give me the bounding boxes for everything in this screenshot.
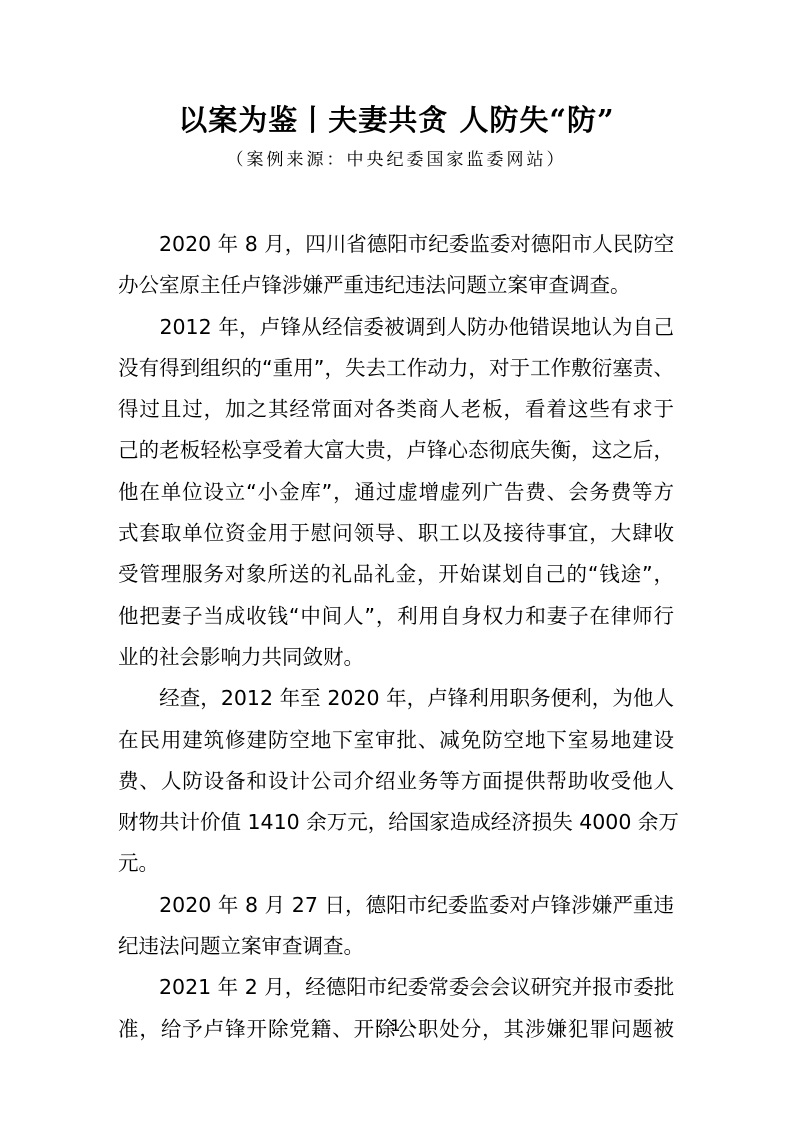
text-line: 2020 年 8 月 27 日，德阳市纪委监委对卢锋涉嫌严重违 [118, 885, 674, 926]
text-line: 2020 年 8 月，四川省德阳市纪委监委对德阳市人民防空 [118, 224, 674, 265]
paragraph-5: 2021 年 2 月，经德阳市纪委常委会会议研究并报市委批 准，给予卢锋开除党籍… [118, 967, 674, 1050]
text-line: 己的老板轻松享受着大富大贵，卢锋心态彻底失衡，这之后， [118, 430, 674, 471]
text-line: 在民用建筑修建防空地下室审批、减免防空地下室易地建设 [118, 720, 674, 761]
text-line: 2012 年，卢锋从经信委被调到人防办他错误地认为自己 [118, 307, 674, 348]
document-title: 以案为鉴丨夫妻共贪 人防失“防” [0, 100, 793, 140]
text-line: 费、人防设备和设计公司介绍业务等方面提供帮助收受他人 [118, 761, 674, 802]
text-line: 他在单位设立“小金库”，通过虚增虚列广告费、会务费等方 [118, 472, 674, 513]
paragraph-4: 2020 年 8 月 27 日，德阳市纪委监委对卢锋涉嫌严重违 纪违法问题立案审… [118, 885, 674, 968]
text-line: 元。 [118, 843, 674, 884]
text-line: 式套取单位资金用于慰问领导、职工以及接待事宜，大肆收 [118, 513, 674, 554]
page-number: - 1 - [0, 1016, 793, 1035]
text-line: 纪违法问题立案审查调查。 [118, 926, 674, 967]
case-source: （案例来源：中央纪委国家监委网站） [0, 147, 793, 173]
paragraph-1: 2020 年 8 月，四川省德阳市纪委监委对德阳市人民防空 办公室原主任卢锋涉嫌… [118, 224, 674, 307]
document-body: 2020 年 8 月，四川省德阳市纪委监委对德阳市人民防空 办公室原主任卢锋涉嫌… [118, 224, 674, 1050]
text-line: 财物共计价值 1410 余万元，给国家造成经济损失 4000 余万 [118, 802, 674, 843]
text-line: 业的社会影响力共同敛财。 [118, 637, 674, 678]
text-line: 经查，2012 年至 2020 年，卢锋利用职务便利，为他人 [118, 678, 674, 719]
text-line: 没有得到组织的“重用”，失去工作动力，对于工作敷衍塞责、 [118, 348, 674, 389]
text-line: 他把妻子当成收钱“中间人”，利用自身权力和妻子在律师行 [118, 596, 674, 637]
text-line: 办公室原主任卢锋涉嫌严重违纪违法问题立案审查调查。 [118, 265, 674, 306]
text-line: 2021 年 2 月，经德阳市纪委常委会会议研究并报市委批 [118, 967, 674, 1008]
paragraph-3: 经查，2012 年至 2020 年，卢锋利用职务便利，为他人 在民用建筑修建防空… [118, 678, 674, 884]
paragraph-2: 2012 年，卢锋从经信委被调到人防办他错误地认为自己 没有得到组织的“重用”，… [118, 307, 674, 679]
text-line: 得过且过，加之其经常面对各类商人老板，看着这些有求于 [118, 389, 674, 430]
text-line: 受管理服务对象所送的礼品礼金，开始谋划自己的“钱途”， [118, 554, 674, 595]
